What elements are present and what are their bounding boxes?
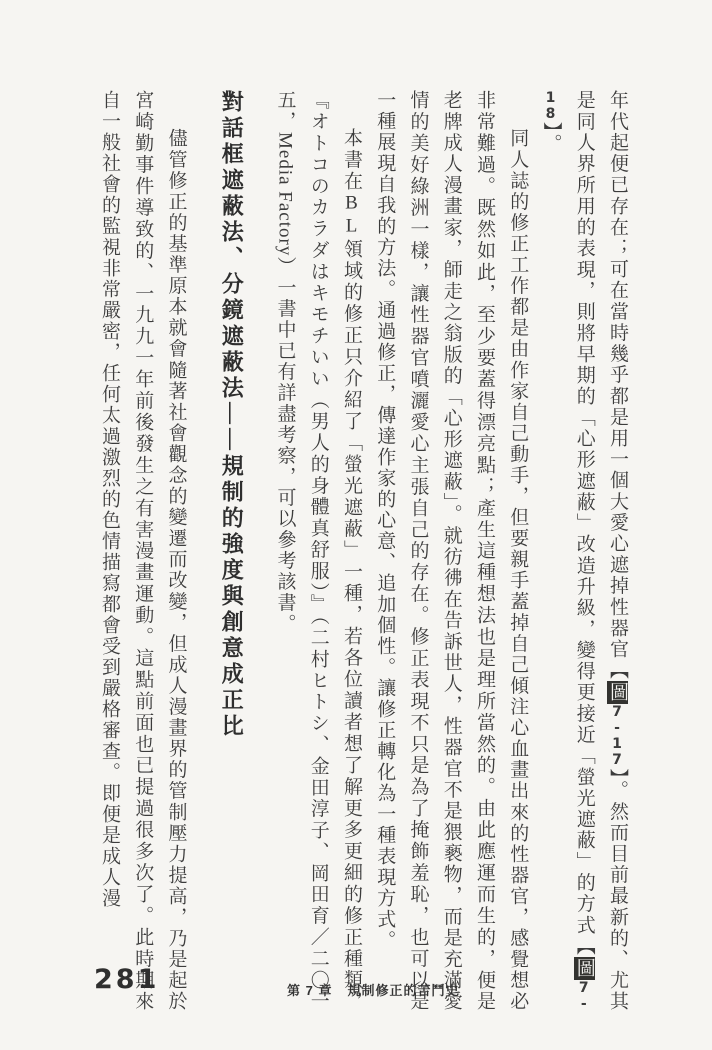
paragraph: 儘管修正的基準原本就會隨著社會觀念的變遷而改變，但成人漫畫界的管制壓力提高，乃是… [93,90,193,1012]
paragraph: 同人誌的修正工作都是由作家自己動手，但要親手蓋掉自己傾注心血畫出來的性器官，感覺… [368,90,534,1012]
latin-upright-text: BL [341,192,362,238]
paragraph-text: 年代起便已存在；可在當時幾乎都是用一個大愛心遮掉性器官【 [607,90,628,681]
figure-ref-number: 7-17 [609,704,625,768]
paragraph-text: 】。 [541,122,562,155]
latin-publisher-name: Media Factory [275,132,296,256]
running-footer: 第 7 章規制修正的苦鬥史 [287,980,459,999]
page-number: 281 [94,964,159,995]
paragraph-text: ）一書中已有詳盡考察，可以參考該書。 [275,256,296,634]
figure-ref-label-box: 圖 [574,957,595,980]
paragraph-continued: 年代起便已存在；可在當時幾乎都是用一個大愛心遮掉性器官【圖7-17】。然而目前最… [534,90,634,1012]
book-page: 年代起便已存在；可在當時幾乎都是用一個大愛心遮掉性器官【圖7-17】。然而目前最… [0,0,712,1050]
paragraph-text: 本書在 [341,128,362,192]
section-heading: 對話框遮蔽法、分鏡遮蔽法——規制的強度與創意成正比 [210,90,252,1012]
vertical-text-body: 年代起便已存在；可在當時幾乎都是用一個大愛心遮掉性器官【圖7-17】。然而目前最… [54,90,634,1012]
chapter-title: 規制修正的苦鬥史 [347,983,459,998]
chapter-label: 第 7 章 [287,983,332,998]
paragraph: 本書在BL領域的修正只介紹了「螢光遮蔽」一種，若各位讀者想了解更多更細的修正種類… [268,90,368,1012]
figure-ref-label-box: 圖 [607,681,628,704]
